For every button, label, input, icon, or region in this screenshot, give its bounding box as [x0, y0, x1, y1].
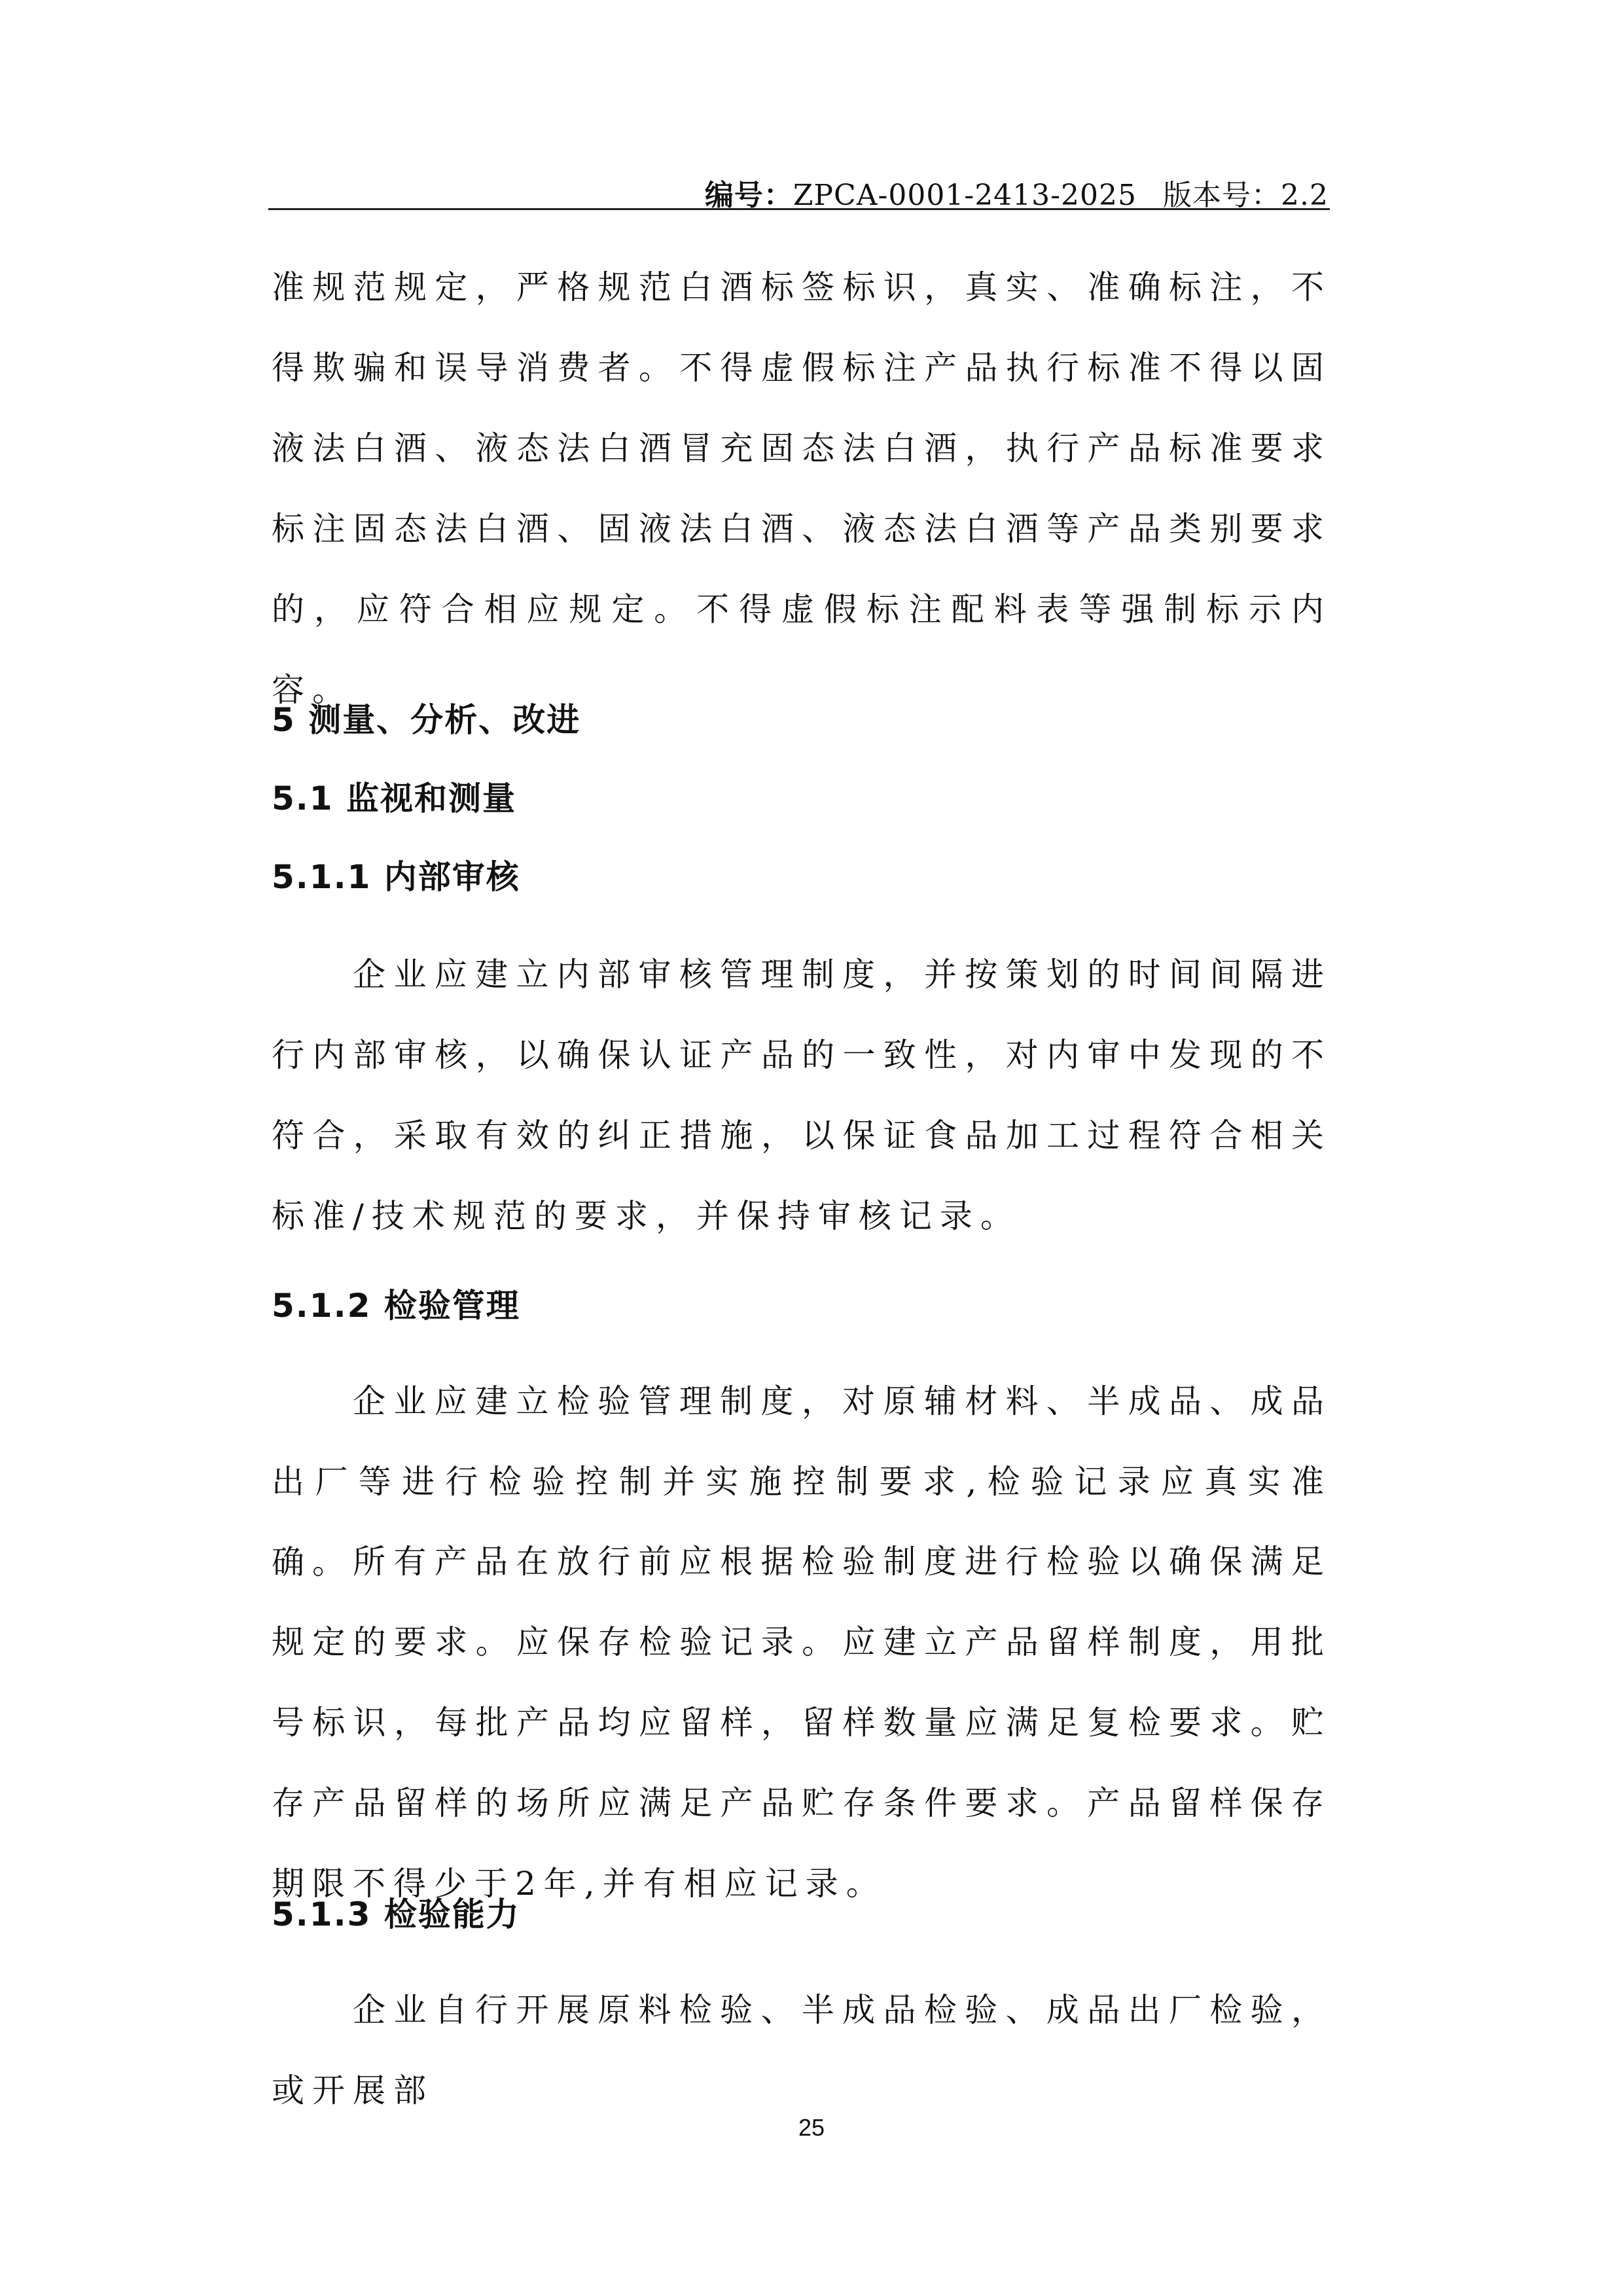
section-heading-5-1-3: 5.1.3 检验能力 [272, 1888, 520, 1935]
continuation-paragraph: 准规范规定，严格规范白酒标签标识，真实、准确标注，不得欺骗和误导消费者。不得虚假… [272, 247, 1332, 730]
header-divider [268, 208, 1330, 210]
section-heading-5: 5 测量、分析、改进 [272, 694, 580, 741]
doc-number-label: 编号： [705, 179, 793, 212]
section-heading-5-1: 5.1 监视和测量 [272, 772, 516, 819]
section-heading-5-1-2: 5.1.2 检验管理 [272, 1280, 520, 1327]
version-label: 版本号： [1163, 179, 1281, 212]
section-heading-5-1-1: 5.1.1 内部审核 [272, 851, 520, 898]
doc-number: ZPCA-0001-2413-2025 [793, 179, 1137, 212]
version-number: 2.2 [1281, 179, 1329, 212]
paragraph-internal-audit: 企业应建立内部审核管理制度，并按策划的时间间隔进行内部审核，以确保认证产品的一致… [272, 935, 1332, 1257]
paragraph-inspection-capability: 企业自行开展原料检验、半成品检验、成品出厂检验，或开展部 [272, 1970, 1332, 2131]
page-number: 25 [0, 2114, 1623, 2142]
document-header: 编号：ZPCA-0001-2413-2025版本号：2.2 [268, 171, 1329, 213]
paragraph-product-release: 所有产品在放行前应根据检验制度进行检验以确保满足规定的要求。应保存检验记录。应建… [272, 1522, 1332, 1924]
